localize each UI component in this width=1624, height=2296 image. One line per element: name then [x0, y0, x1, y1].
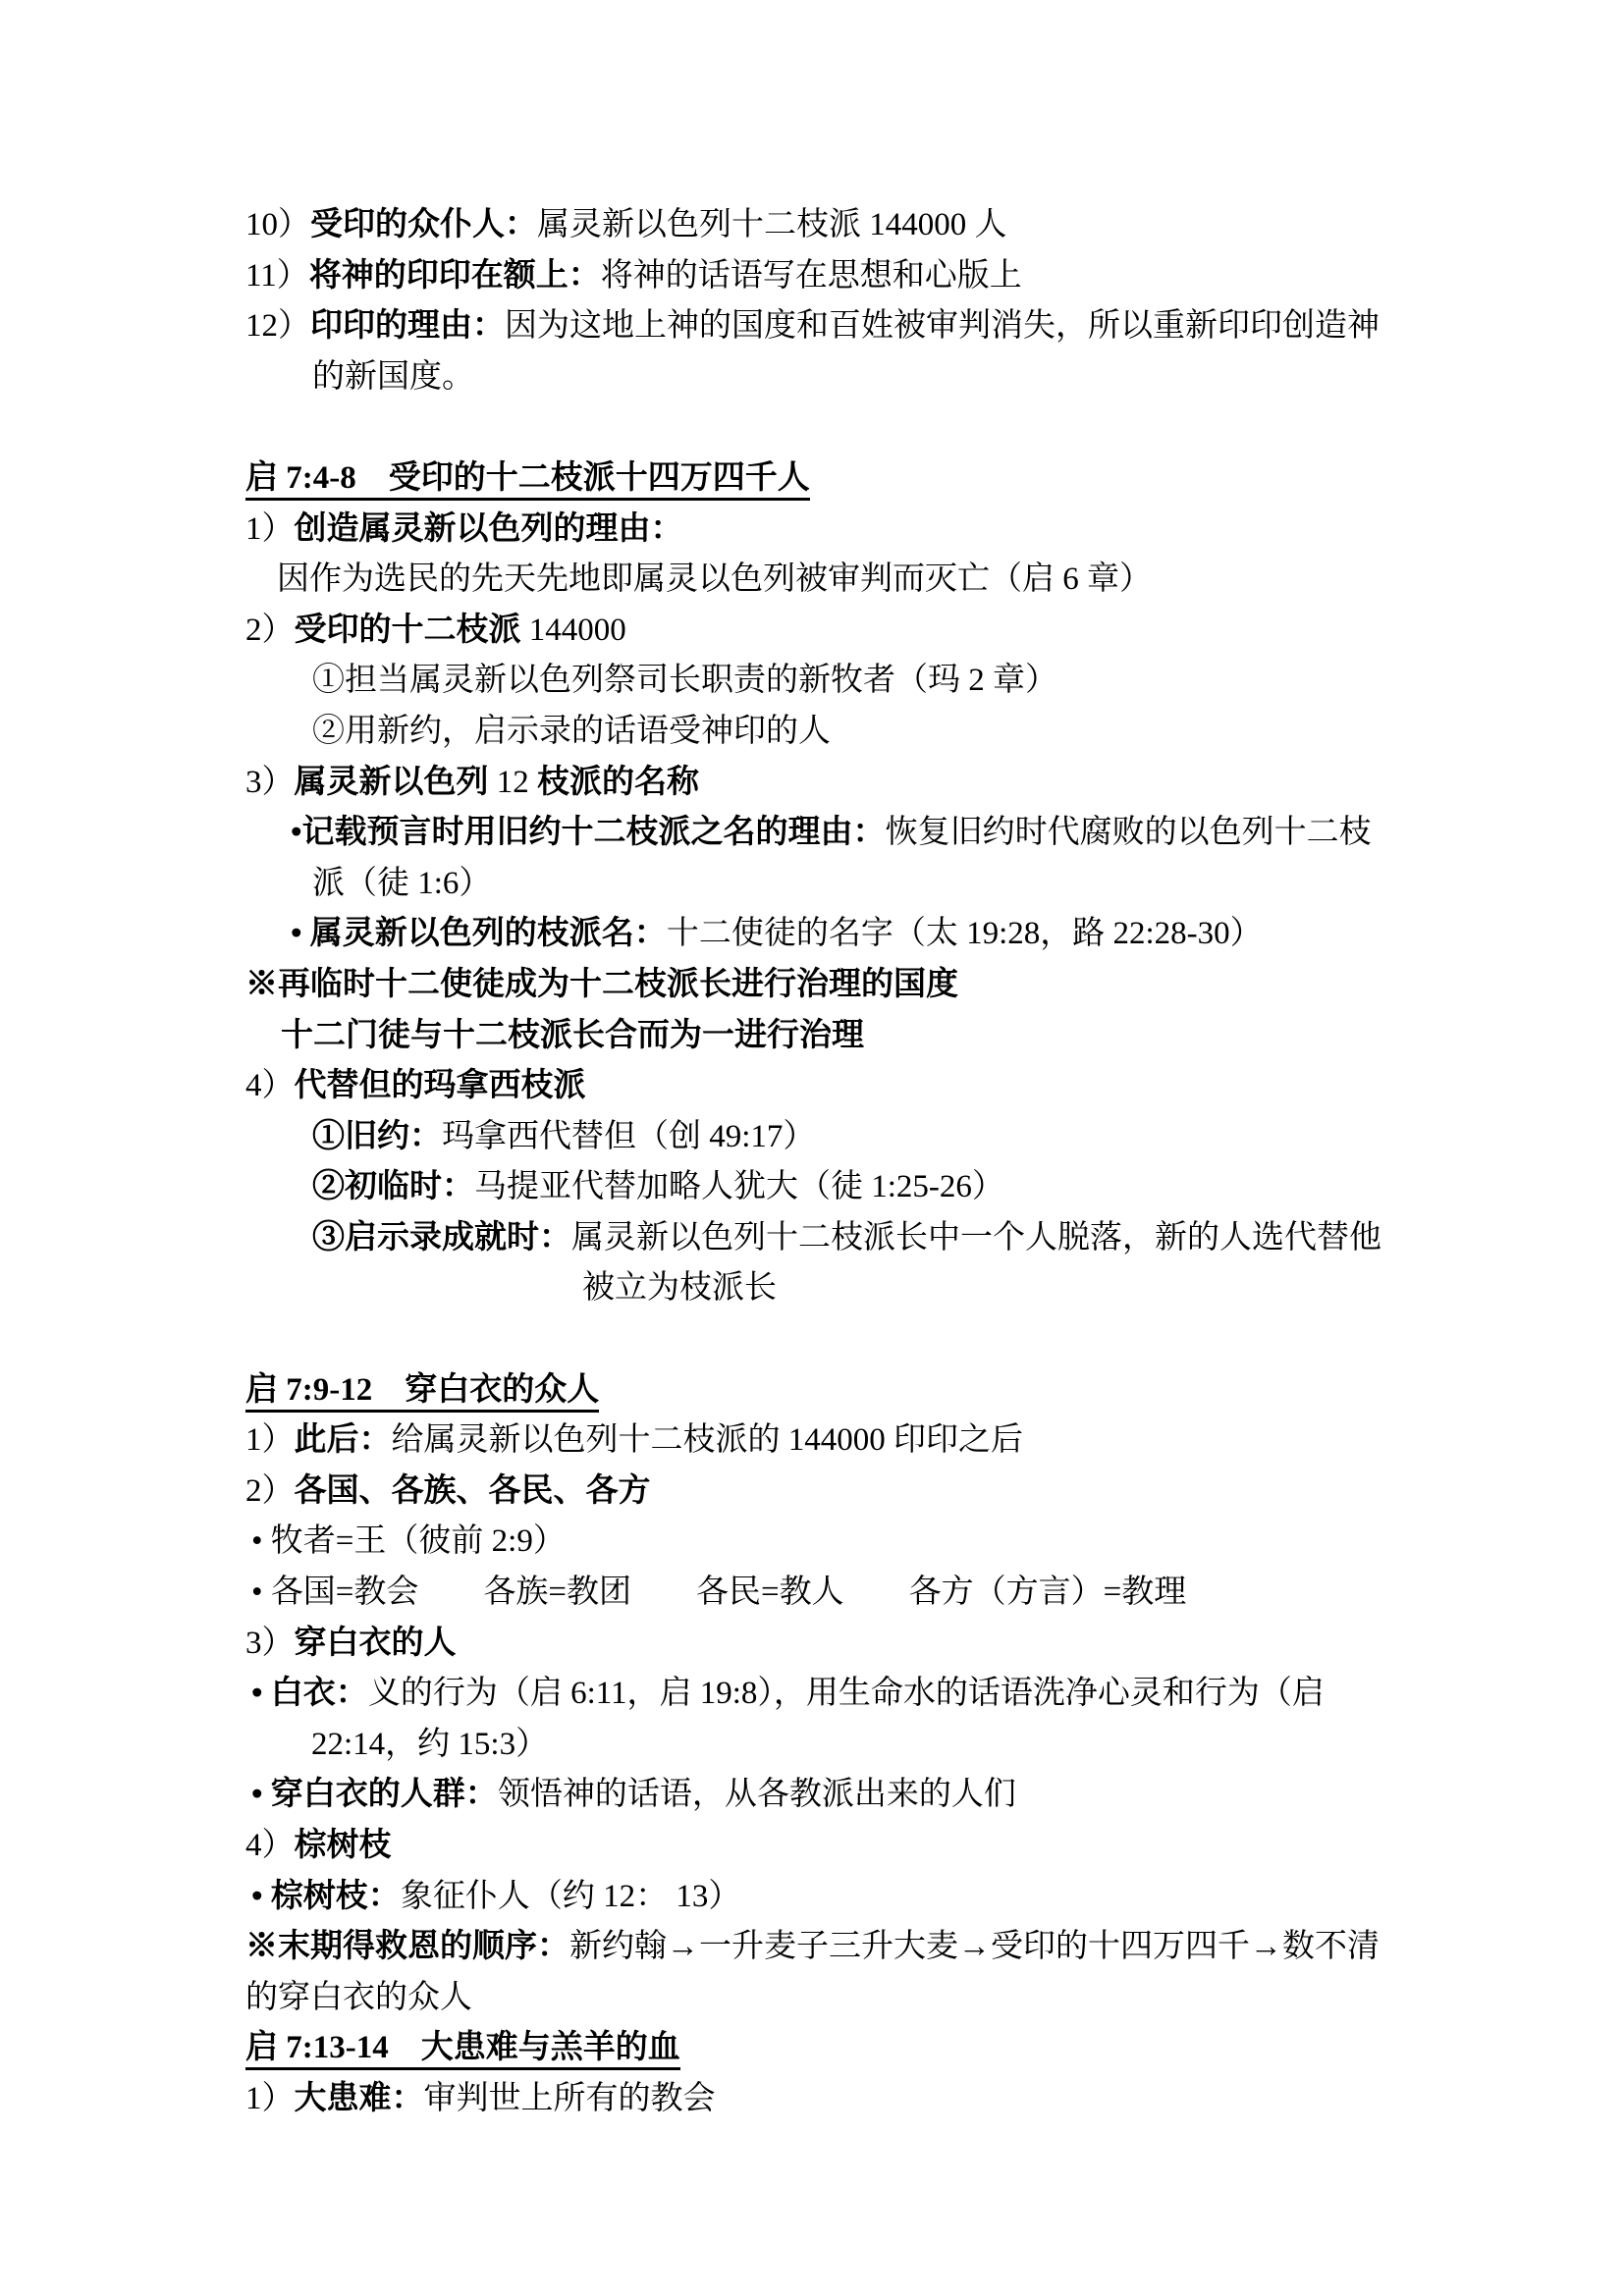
text-run: 派（徒 1:6） — [312, 866, 491, 901]
text-run: 大患难： — [295, 2081, 424, 2116]
text-line: 1）大患难：审判世上所有的教会 — [245, 2074, 1388, 2125]
text-run: 给属灵新以色列十二枝派的 144000 印印之后 — [392, 1422, 1024, 1458]
text-run: • 棕树枝： — [251, 1879, 401, 1914]
text-line: ※末期得救恩的顺序：新约翰→一升麦子三升大麦→受印的十四万四千→数不清 — [245, 1922, 1388, 1973]
text-line: 4）代替但的玛拿西枝派 — [245, 1061, 1388, 1112]
text-run: 启 7:9-12 穿白衣的众人 — [245, 1372, 599, 1408]
text-line: 3）穿白衣的人 — [245, 1619, 1388, 1670]
text-run: • 各国=教会 各族=教团 各民=教人 各方（方言）=教理 — [251, 1575, 1186, 1610]
text-run: ①旧约： — [312, 1119, 442, 1154]
text-run: 启 7:13-14 大患难与羔羊的血 — [245, 2030, 680, 2065]
text-run: 代替但的玛拿西枝派 — [295, 1068, 586, 1103]
text-run: ①担当属灵新以色列祭司长职责的新牧者（玛 2 章） — [312, 663, 1057, 698]
text-run: ③启示录成就时： — [312, 1220, 571, 1255]
text-run: 12） — [245, 308, 310, 344]
text-line: 1）此后：给属灵新以色列十二枝派的 144000 印印之后 — [245, 1415, 1388, 1467]
text-line: • 棕树枝：象征仆人（约 12： 13） — [251, 1872, 1388, 1923]
text-line: ③启示录成就时：属灵新以色列十二枝派长中一个人脱落，新的人选代替他 — [312, 1213, 1388, 1264]
text-run: ※再临时十二使徒成为十二枝派长进行治理的国度 — [245, 967, 958, 1002]
text-line: 2）受印的十二枝派 144000 — [245, 606, 1388, 657]
text-run: 创造属灵新以色列的理由： — [295, 511, 683, 547]
text-run: 12 — [489, 765, 538, 800]
text-line: 11）将神的印印在额上：将神的话语写在思想和心版上 — [245, 251, 1388, 302]
text-line: 被立为枝派长 — [582, 1263, 1388, 1314]
text-line: • 属灵新以色列的枝派名：十二使徒的名字（太 19:28，路 22:28-30） — [291, 909, 1388, 960]
text-run: 的新国度。 — [312, 359, 474, 395]
text-run: 被立为枝派长 — [582, 1270, 777, 1306]
text-run: 1） — [245, 2081, 295, 2116]
text-line: • 穿白衣的人群：领悟神的话语，从各教派出来的人们 — [251, 1770, 1388, 1821]
text-run: 此后： — [295, 1422, 392, 1458]
text-run: 受印的众仆人： — [310, 207, 537, 242]
text-run: 穿白衣的人 — [295, 1626, 457, 1661]
text-run: 10） — [245, 207, 310, 242]
text-line: 1）创造属灵新以色列的理由： — [245, 505, 1388, 556]
text-run: 144000 — [521, 613, 626, 648]
text-run: 4） — [245, 1828, 295, 1863]
text-line: 因作为选民的先天先地即属灵以色列被审判而灭亡（启 6 章） — [277, 555, 1388, 606]
text-run: • 穿白衣的人群： — [251, 1777, 498, 1812]
text-run: • 白衣： — [251, 1676, 368, 1711]
text-run: 将神的话语写在思想和心版上 — [601, 258, 1022, 294]
text-run: • 属灵新以色列的枝派名： — [291, 916, 667, 951]
text-run: 11） — [245, 258, 309, 294]
section-heading: 启 7:4-8 受印的十二枝派十四万四千人 — [245, 454, 1388, 505]
section-heading: 启 7:9-12 穿白衣的众人 — [245, 1365, 1388, 1416]
text-run: 22:14，约 15:3） — [311, 1727, 548, 1762]
text-run: 领悟神的话语，从各教派出来的人们 — [498, 1777, 1016, 1812]
text-run: 启 7:4-8 受印的十二枝派十四万四千人 — [245, 460, 810, 496]
text-run: 属灵新以色列十二枝派 144000 人 — [537, 207, 1007, 242]
text-run: 受印的十二枝派 — [295, 613, 521, 648]
text-run: 3） — [245, 765, 295, 800]
text-line: •记载预言时用旧约十二枝派之名的理由：恢复旧约时代腐败的以色列十二枝 — [291, 808, 1388, 859]
text-run: 的穿白衣的众人 — [245, 1980, 472, 2015]
text-line: 3）属灵新以色列 12 枝派的名称 — [245, 758, 1388, 809]
text-run: • 牧者=王（彼前 2:9） — [251, 1523, 566, 1559]
text-line: ※再临时十二使徒成为十二枝派长进行治理的国度 — [245, 960, 1388, 1011]
text-run: 十二门徒与十二枝派长合而为一进行治理 — [281, 1018, 864, 1053]
text-line: 4）棕树枝 — [245, 1821, 1388, 1872]
text-run: 新约翰→一升麦子三升大麦→受印的十四万四千→数不清 — [569, 1929, 1380, 1964]
document-page: 10）受印的众仆人：属灵新以色列十二枝派 144000 人11）将神的印印在额上… — [0, 0, 1624, 2296]
text-line: 12）印印的理由：因为这地上神的国度和百姓被审判消失，所以重新印印创造神 — [245, 301, 1388, 352]
text-run: 属灵新以色列十二枝派长中一个人脱落，新的人选代替他 — [571, 1220, 1381, 1255]
text-line: 的新国度。 — [312, 352, 1388, 403]
text-line: 22:14，约 15:3） — [311, 1720, 1388, 1771]
text-run: 象征仆人（约 12： 13） — [401, 1879, 741, 1914]
heading-underline: 启 7:13-14 大患难与羔羊的血 — [245, 2030, 680, 2070]
blank-line — [245, 1314, 1388, 1365]
text-run: 2） — [245, 1473, 295, 1509]
text-run: 4） — [245, 1068, 295, 1103]
text-run: 棕树枝 — [295, 1828, 392, 1863]
text-run: •记载预言时用旧约十二枝派之名的理由： — [291, 815, 886, 850]
text-run: 各国、各族、各民、各方 — [295, 1473, 651, 1509]
text-run: 十二使徒的名字（太 19:28，路 22:28-30） — [667, 916, 1263, 951]
text-run: 恢复旧约时代腐败的以色列十二枝 — [886, 815, 1372, 850]
text-run: 1） — [245, 1422, 295, 1458]
text-line: 10）受印的众仆人：属灵新以色列十二枝派 144000 人 — [245, 200, 1388, 251]
blank-line — [245, 402, 1388, 454]
text-run: 1） — [245, 511, 295, 547]
text-run: ②用新约，启示录的话语受神印的人 — [312, 714, 831, 749]
heading-underline: 启 7:4-8 受印的十二枝派十四万四千人 — [245, 460, 810, 501]
text-run: 马提亚代替加略人犹大（徒 1:25-26） — [474, 1169, 1004, 1204]
text-line: 2）各国、各族、各民、各方 — [245, 1467, 1388, 1518]
text-line: • 牧者=王（彼前 2:9） — [251, 1517, 1388, 1568]
text-run: 2） — [245, 613, 295, 648]
text-run: 3） — [245, 1626, 295, 1661]
text-line: 十二门徒与十二枝派长合而为一进行治理 — [281, 1011, 1388, 1062]
text-line: ②初临时：马提亚代替加略人犹大（徒 1:25-26） — [312, 1162, 1388, 1213]
text-line: 的穿白衣的众人 — [245, 1973, 1388, 2024]
text-run: 因作为选民的先天先地即属灵以色列被审判而灭亡（启 6 章） — [277, 561, 1152, 597]
text-run: ②初临时： — [312, 1169, 474, 1204]
heading-underline: 启 7:9-12 穿白衣的众人 — [245, 1372, 599, 1413]
text-line: ①旧约：玛拿西代替但（创 49:17） — [312, 1112, 1388, 1163]
text-run: 因为这地上神的国度和百姓被审判消失，所以重新印印创造神 — [505, 308, 1380, 344]
text-run: 审判世上所有的教会 — [424, 2081, 716, 2116]
text-line: ①担当属灵新以色列祭司长职责的新牧者（玛 2 章） — [312, 656, 1388, 707]
text-line: ②用新约，启示录的话语受神印的人 — [312, 707, 1388, 758]
text-line: • 各国=教会 各族=教团 各民=教人 各方（方言）=教理 — [251, 1568, 1388, 1619]
text-line: 派（徒 1:6） — [312, 859, 1388, 910]
text-run: 将神的印印在额上： — [309, 258, 601, 294]
text-run: 印印的理由： — [310, 308, 505, 344]
section-heading: 启 7:13-14 大患难与羔羊的血 — [245, 2023, 1388, 2074]
text-run: ※末期得救恩的顺序： — [245, 1929, 569, 1964]
text-run: 玛拿西代替但（创 49:17） — [442, 1119, 815, 1154]
text-line: • 白衣：义的行为（启 6:11，启 19:8），用生命水的话语洗净心灵和行为（… — [251, 1669, 1388, 1720]
text-run: 义的行为（启 6:11，启 19:8），用生命水的话语洗净心灵和行为（启 — [368, 1676, 1325, 1711]
text-run: 枝派的名称 — [537, 765, 699, 800]
text-run: 属灵新以色列 — [295, 765, 489, 800]
